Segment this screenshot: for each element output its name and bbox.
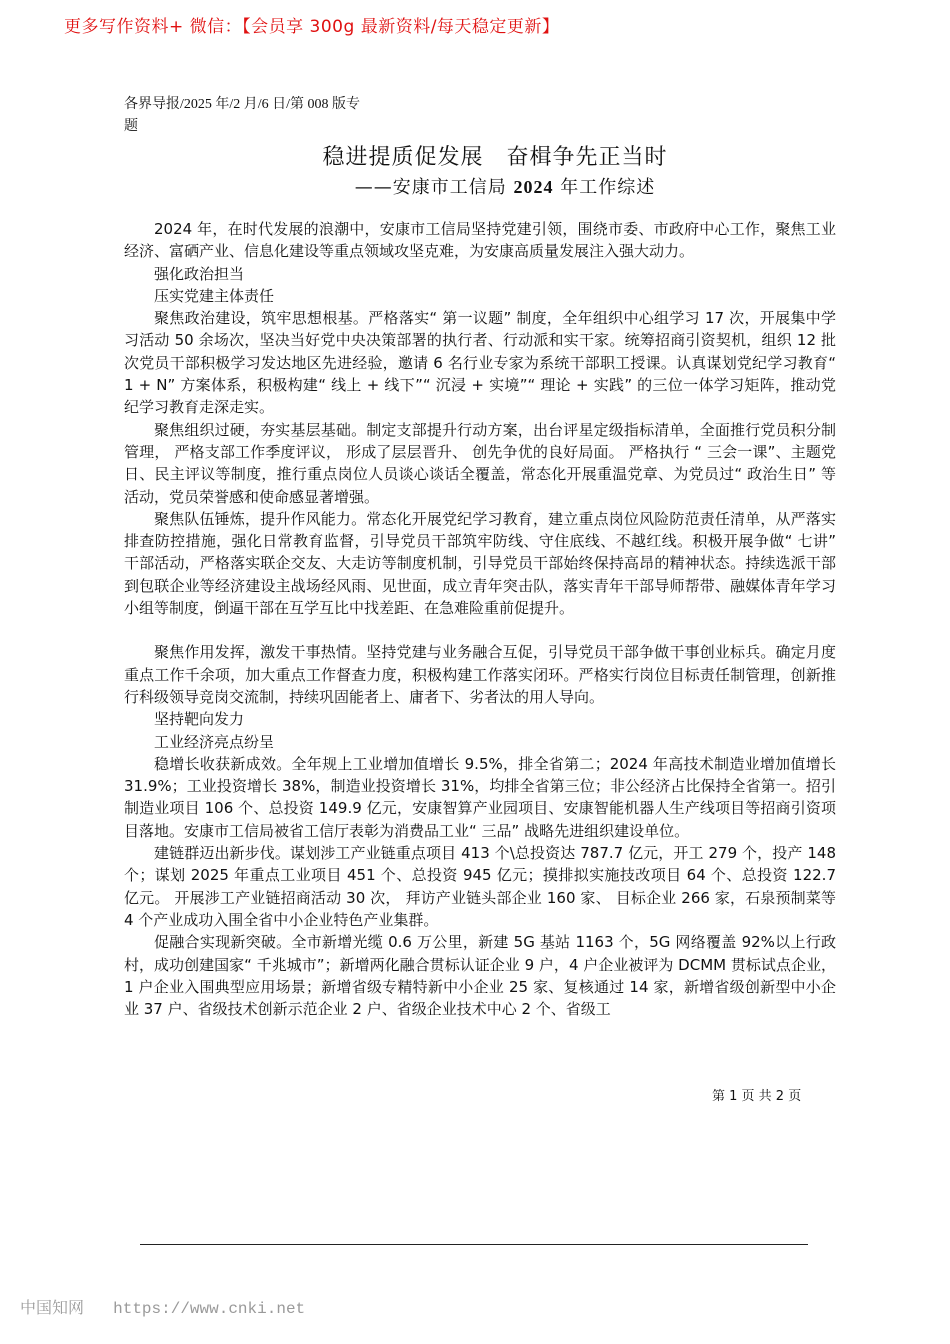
paragraph-gap bbox=[124, 619, 836, 641]
footer-watermark: 中国知网 https://www.cnki.net bbox=[20, 1295, 305, 1318]
subsection-heading: 工业经济亮点纷呈 bbox=[124, 731, 836, 753]
article-body: 2024 年，在时代发展的浪潮中，安康市工信局坚持党建引领，围绕市委、市政府中心… bbox=[124, 218, 836, 1020]
paragraph: 建链群迈出新步伐。谋划涉工产业链重点项目 413 个\总投资达 787.7 亿元… bbox=[124, 842, 836, 931]
subtitle-suffix: 年工作综述 bbox=[554, 177, 656, 198]
paragraph: 聚焦政治建设，筑牢思想根基。严格落实“ 第一议题” 制度，全年组织中心组学习 1… bbox=[124, 307, 836, 418]
subsection-heading: 压实党建主体责任 bbox=[124, 285, 836, 307]
article-title-block: 稳进提质促发展 奋楫争先正当时 ——安康市工信局 2024 年工作综述 bbox=[0, 140, 950, 199]
section-heading: 坚持靶向发力 bbox=[124, 708, 836, 730]
footer-site-name: 中国知网 bbox=[20, 1298, 84, 1317]
subtitle-prefix: ——安康市工信局 bbox=[355, 177, 514, 198]
footer-divider bbox=[140, 1244, 808, 1245]
source-meta: 各界导报/2025 年/2 月/6 日/第 008 版专题 bbox=[124, 94, 364, 138]
paragraph: 聚焦队伍锤炼，提升作风能力。常态化开展党纪学习教育，建立重点岗位风险防范责任清单… bbox=[124, 508, 836, 619]
section-heading: 强化政治担当 bbox=[124, 263, 836, 285]
paragraph: 聚焦作用发挥，激发干事热情。坚持党建与业务融合互促，引导党员干部争做干事创业标兵… bbox=[124, 641, 836, 708]
subtitle-year: 2024 bbox=[514, 177, 554, 197]
promo-banner: 更多写作资料+ 微信：【会员享 300g 最新资料/每天稳定更新】 bbox=[64, 12, 559, 37]
paragraph: 稳增长收获新成效。全年规上工业增加值增长 9.5%，排全省第二；2024 年高技… bbox=[124, 753, 836, 842]
page-number: 第 1 页 共 2 页 bbox=[712, 1085, 801, 1104]
paragraph: 2024 年，在时代发展的浪潮中，安康市工信局坚持党建引领，围绕市委、市政府中心… bbox=[124, 218, 836, 263]
footer-url-link[interactable]: https://www.cnki.net bbox=[113, 1300, 305, 1318]
paragraph: 聚焦组织过硬，夯实基层基础。制定支部提升行动方案，出台评星定级指标清单，全面推行… bbox=[124, 419, 836, 508]
paragraph: 促融合实现新突破。全市新增光缆 0.6 万公里，新建 5G 基站 1163 个，… bbox=[124, 931, 836, 1020]
article-subtitle: ——安康市工信局 2024 年工作综述 bbox=[0, 173, 950, 199]
article-title: 稳进提质促发展 奋楫争先正当时 bbox=[0, 140, 950, 171]
